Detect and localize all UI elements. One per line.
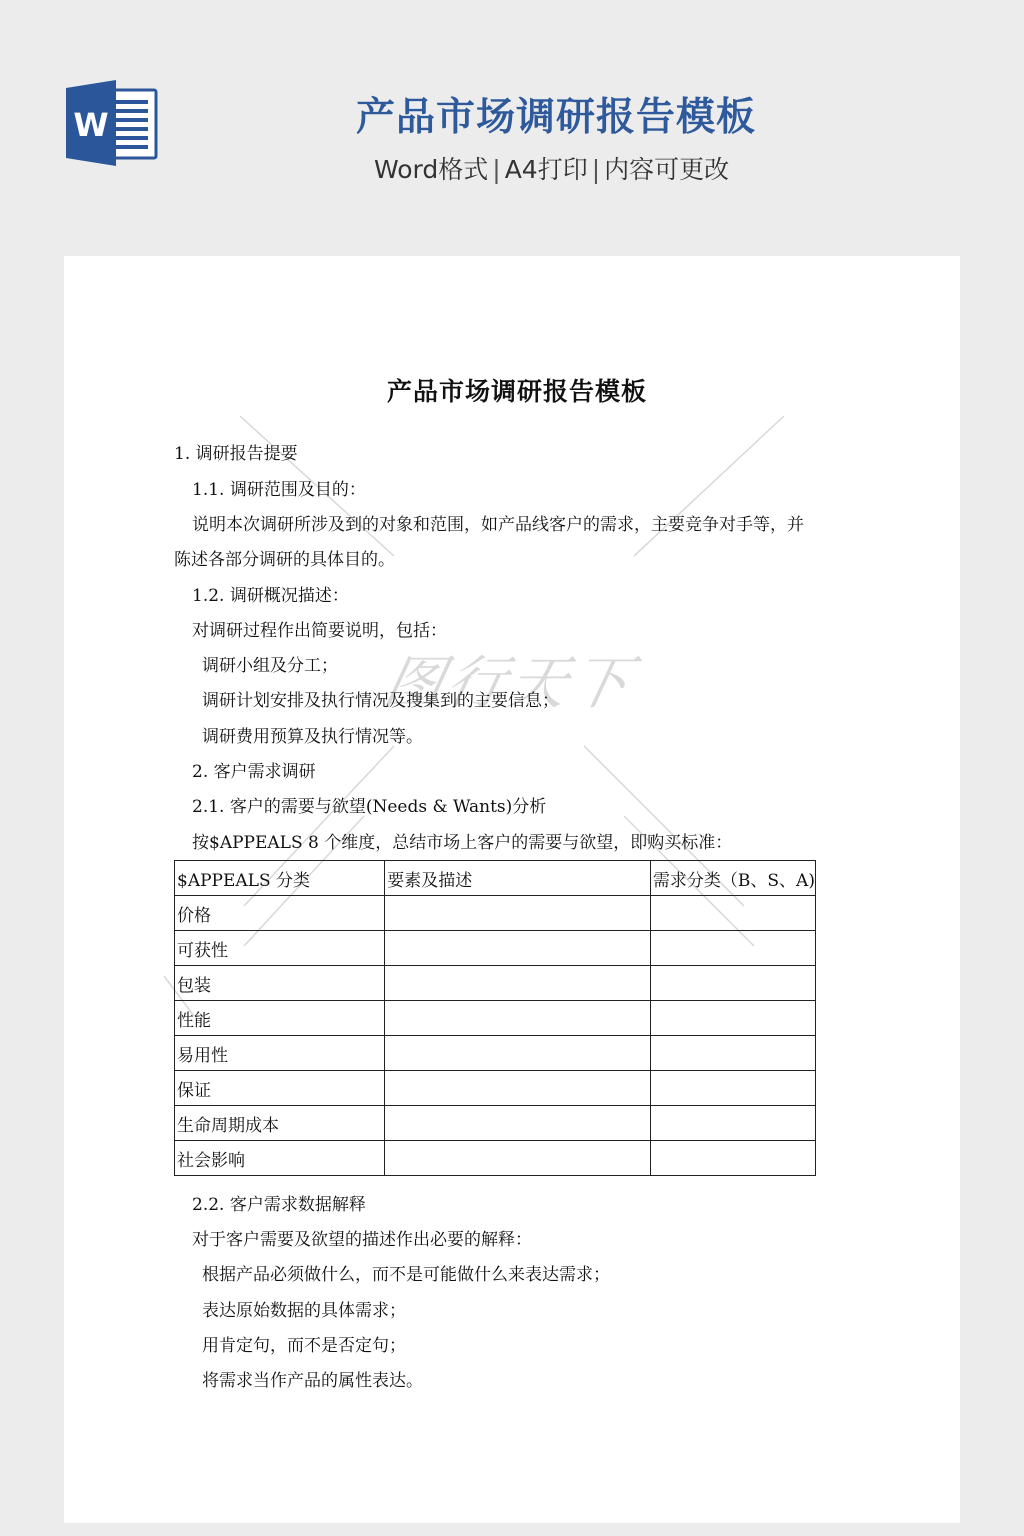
subtitle-format: Word格式 <box>374 155 488 184</box>
table-row: 生命周期成本 <box>175 1106 816 1141</box>
table-cell-description[interactable] <box>385 1106 651 1141</box>
table-header-row: $APPEALS 分类 要素及描述 需求分类（B、S、A) <box>175 861 816 896</box>
table-row: 价格 <box>175 896 816 931</box>
table-row: 性能 <box>175 1001 816 1036</box>
document-page: 图行天下 产品市场调研报告模板 1. 调研报告提要 1.1. 调研范围及目的： … <box>64 256 960 1523</box>
subtitle-separator: | <box>588 155 604 184</box>
table-cell-category: 易用性 <box>175 1036 385 1071</box>
paragraph-appeals: 按$APPEALS 8 个维度，总结市场上客户的需要与欲望，即购买标准： <box>192 832 732 854</box>
section-2-1-heading: 2.1. 客户的需要与欲望(Needs & Wants)分析 <box>192 796 546 818</box>
list-item: 将需求当作产品的属性表达。 <box>202 1370 423 1392</box>
document-title: 产品市场调研报告模板 <box>64 372 970 408</box>
list-item: 根据产品必须做什么，而不是可能做什么来表达需求； <box>202 1264 610 1286</box>
section-1-heading: 1. 调研报告提要 <box>174 443 298 465</box>
table-cell-category: 性能 <box>175 1001 385 1036</box>
paragraph-overview: 对调研过程作出简要说明，包括： <box>192 620 447 642</box>
table-cell-description[interactable] <box>385 966 651 1001</box>
list-item: 表达原始数据的具体需求； <box>202 1300 406 1322</box>
section-1-2-heading: 1.2. 调研概况描述： <box>192 585 349 607</box>
table-cell-classification[interactable] <box>650 1071 815 1106</box>
list-item: 用肯定句，而不是否定句； <box>202 1335 406 1357</box>
table-header-cell: 要素及描述 <box>385 861 651 896</box>
section-2-2-heading: 2.2. 客户需求数据解释 <box>192 1194 366 1216</box>
list-item: 调研小组及分工； <box>202 655 338 677</box>
table-cell-description[interactable] <box>385 1036 651 1071</box>
table-header-cell: $APPEALS 分类 <box>175 861 385 896</box>
table-cell-classification[interactable] <box>650 1106 815 1141</box>
banner-title: 产品市场调研报告模板 <box>300 92 812 144</box>
table-cell-description[interactable] <box>385 931 651 966</box>
table-cell-category: 包装 <box>175 966 385 1001</box>
appeals-table: $APPEALS 分类 要素及描述 需求分类（B、S、A) 价格 可获性 包装 … <box>174 860 816 1176</box>
table-cell-classification[interactable] <box>650 966 815 1001</box>
table-cell-classification[interactable] <box>650 896 815 931</box>
table-row: 包装 <box>175 966 816 1001</box>
table-row: 保证 <box>175 1071 816 1106</box>
table-cell-description[interactable] <box>385 1071 651 1106</box>
table-cell-classification[interactable] <box>650 931 815 966</box>
table-cell-description[interactable] <box>385 1001 651 1036</box>
table-cell-classification[interactable] <box>650 1036 815 1071</box>
table-cell-description[interactable] <box>385 1141 651 1176</box>
word-document-icon: W <box>64 80 158 166</box>
subtitle-editable: 内容可更改 <box>604 155 729 184</box>
banner-header: W 产品市场调研报告模板 Word格式|A4打印|内容可更改 <box>0 0 1024 256</box>
table-cell-category: 生命周期成本 <box>175 1106 385 1141</box>
svg-text:W: W <box>73 106 108 144</box>
table-cell-classification[interactable] <box>650 1001 815 1036</box>
table-cell-category: 社会影响 <box>175 1141 385 1176</box>
list-item: 调研费用预算及执行情况等。 <box>202 726 423 748</box>
subtitle-print: A4打印 <box>505 155 588 184</box>
table-row: 可获性 <box>175 931 816 966</box>
list-item: 调研计划安排及执行情况及搜集到的主要信息； <box>202 690 559 712</box>
subtitle-separator: | <box>488 155 504 184</box>
banner-subtitle: Word格式|A4打印|内容可更改 <box>300 152 860 188</box>
paragraph-scope-line2: 陈述各部分调研的具体目的。 <box>174 549 395 571</box>
table-cell-category: 价格 <box>175 896 385 931</box>
table-cell-category: 保证 <box>175 1071 385 1106</box>
table-cell-category: 可获性 <box>175 931 385 966</box>
table-header-cell: 需求分类（B、S、A) <box>650 861 815 896</box>
section-2-heading: 2. 客户需求调研 <box>192 761 316 783</box>
table-cell-classification[interactable] <box>650 1141 815 1176</box>
table-cell-description[interactable] <box>385 896 651 931</box>
paragraph-interpretation: 对于客户需要及欲望的描述作出必要的解释： <box>192 1229 532 1251</box>
paragraph-scope-line1: 说明本次调研所涉及到的对象和范围，如产品线客户的需求，主要竞争对手等，并 <box>192 514 804 536</box>
table-row: 易用性 <box>175 1036 816 1071</box>
table-row: 社会影响 <box>175 1141 816 1176</box>
section-1-1-heading: 1.1. 调研范围及目的： <box>192 479 366 501</box>
